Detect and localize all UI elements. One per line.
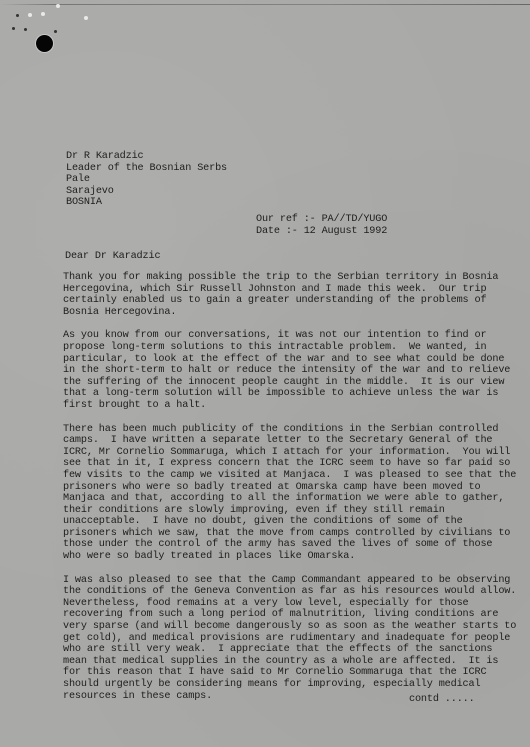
text-line: few visits to the camp we visited at Man… (63, 470, 530, 482)
scan-speck (24, 28, 27, 31)
scan-speck (28, 13, 32, 17)
text-line: should urgently be considering means for… (63, 679, 530, 691)
reference-block: Our ref :- PA//TD/YUGO Date :- 12 August… (256, 214, 387, 237)
recipient-title: Leader of the Bosnian Serbs (66, 163, 227, 175)
text-line: the suffering of the innocent people cau… (63, 377, 530, 389)
text-line: in the short-term to halt or reduce the … (63, 365, 530, 377)
scan-speck (12, 27, 15, 30)
text-line: particular, to look at the effect of the… (63, 354, 530, 366)
text-line: Manjaca and that, according to all the i… (63, 493, 530, 505)
text-line: get cold), and medical provisions are ru… (63, 633, 530, 645)
punch-hole (36, 35, 53, 52)
text-line: see that in it, I express concern that t… (63, 458, 530, 470)
scan-speck (16, 14, 19, 17)
address-line: Pale (66, 174, 227, 186)
text-line: first brought to a halt. (63, 400, 530, 412)
text-line: their conditions are slowly improving, e… (63, 505, 530, 517)
continuation-note: contd ..... (409, 694, 475, 706)
text-line: propose long-term solutions to this intr… (63, 342, 530, 354)
text-line: those under the control of the army has … (63, 539, 530, 551)
scan-speck (54, 30, 57, 33)
text-line: who are still very weak. I appreciate th… (63, 644, 530, 656)
text-line: ICRC, Mr Cornelio Sommaruga, which I att… (63, 447, 530, 459)
text-line: Thank you for making possible the trip t… (63, 272, 530, 284)
salutation: Dear Dr Karadzic (65, 251, 160, 263)
text-line: the conditions of the Geneva Convention … (63, 586, 530, 598)
letter-paragraph: There has been much publicity of the con… (63, 424, 530, 563)
scan-speck (41, 12, 45, 16)
text-line: Hercegovina, which Sir Russell Johnston … (63, 284, 530, 296)
text-line: Bosnia Hercegovina. (63, 307, 530, 319)
text-line: As you know from our conversations, it w… (63, 330, 530, 342)
text-line: Nevertheless, food remains at a very low… (63, 598, 530, 610)
text-line: recovering from such a long period of ma… (63, 609, 530, 621)
recipient-name: Dr R Karadzic (66, 151, 227, 163)
text-line: unacceptable. I have no doubt, given the… (63, 516, 530, 528)
text-line: who were so badly treated in places like… (63, 551, 530, 563)
text-line: for this reason that I have said to Mr C… (63, 667, 530, 679)
letter-paragraph: Thank you for making possible the trip t… (63, 272, 530, 318)
address-line: BOSNIA (66, 197, 227, 209)
paper-top-edge (0, 4, 530, 5)
text-line: certainly enabled us to gain a greater u… (63, 295, 530, 307)
letter-body: Thank you for making possible the trip t… (63, 272, 530, 714)
letter-paragraph: As you know from our conversations, it w… (63, 330, 530, 411)
scan-speck (56, 4, 60, 8)
scanned-letter-page: Dr R Karadzic Leader of the Bosnian Serb… (0, 0, 530, 747)
text-line: very sparse (and will become dangerously… (63, 621, 530, 633)
text-line: camps. I have written a separate letter … (63, 435, 530, 447)
text-line: mean that medical supplies in the countr… (63, 656, 530, 668)
address-line: Sarajevo (66, 186, 227, 198)
our-reference: Our ref :- PA//TD/YUGO (256, 214, 387, 226)
text-line: There has been much publicity of the con… (63, 424, 530, 436)
letter-paragraph: I was also pleased to see that the Camp … (63, 575, 530, 703)
scan-speck (84, 16, 88, 20)
text-line: prisoners which we saw, that the move fr… (63, 528, 530, 540)
recipient-address: Dr R Karadzic Leader of the Bosnian Serb… (66, 151, 227, 209)
text-line: that a long-term solution will be imposs… (63, 388, 530, 400)
text-line: I was also pleased to see that the Camp … (63, 575, 530, 587)
text-line: prisoners who were so badly treated at O… (63, 482, 530, 494)
letter-date: Date :- 12 August 1992 (256, 226, 387, 238)
